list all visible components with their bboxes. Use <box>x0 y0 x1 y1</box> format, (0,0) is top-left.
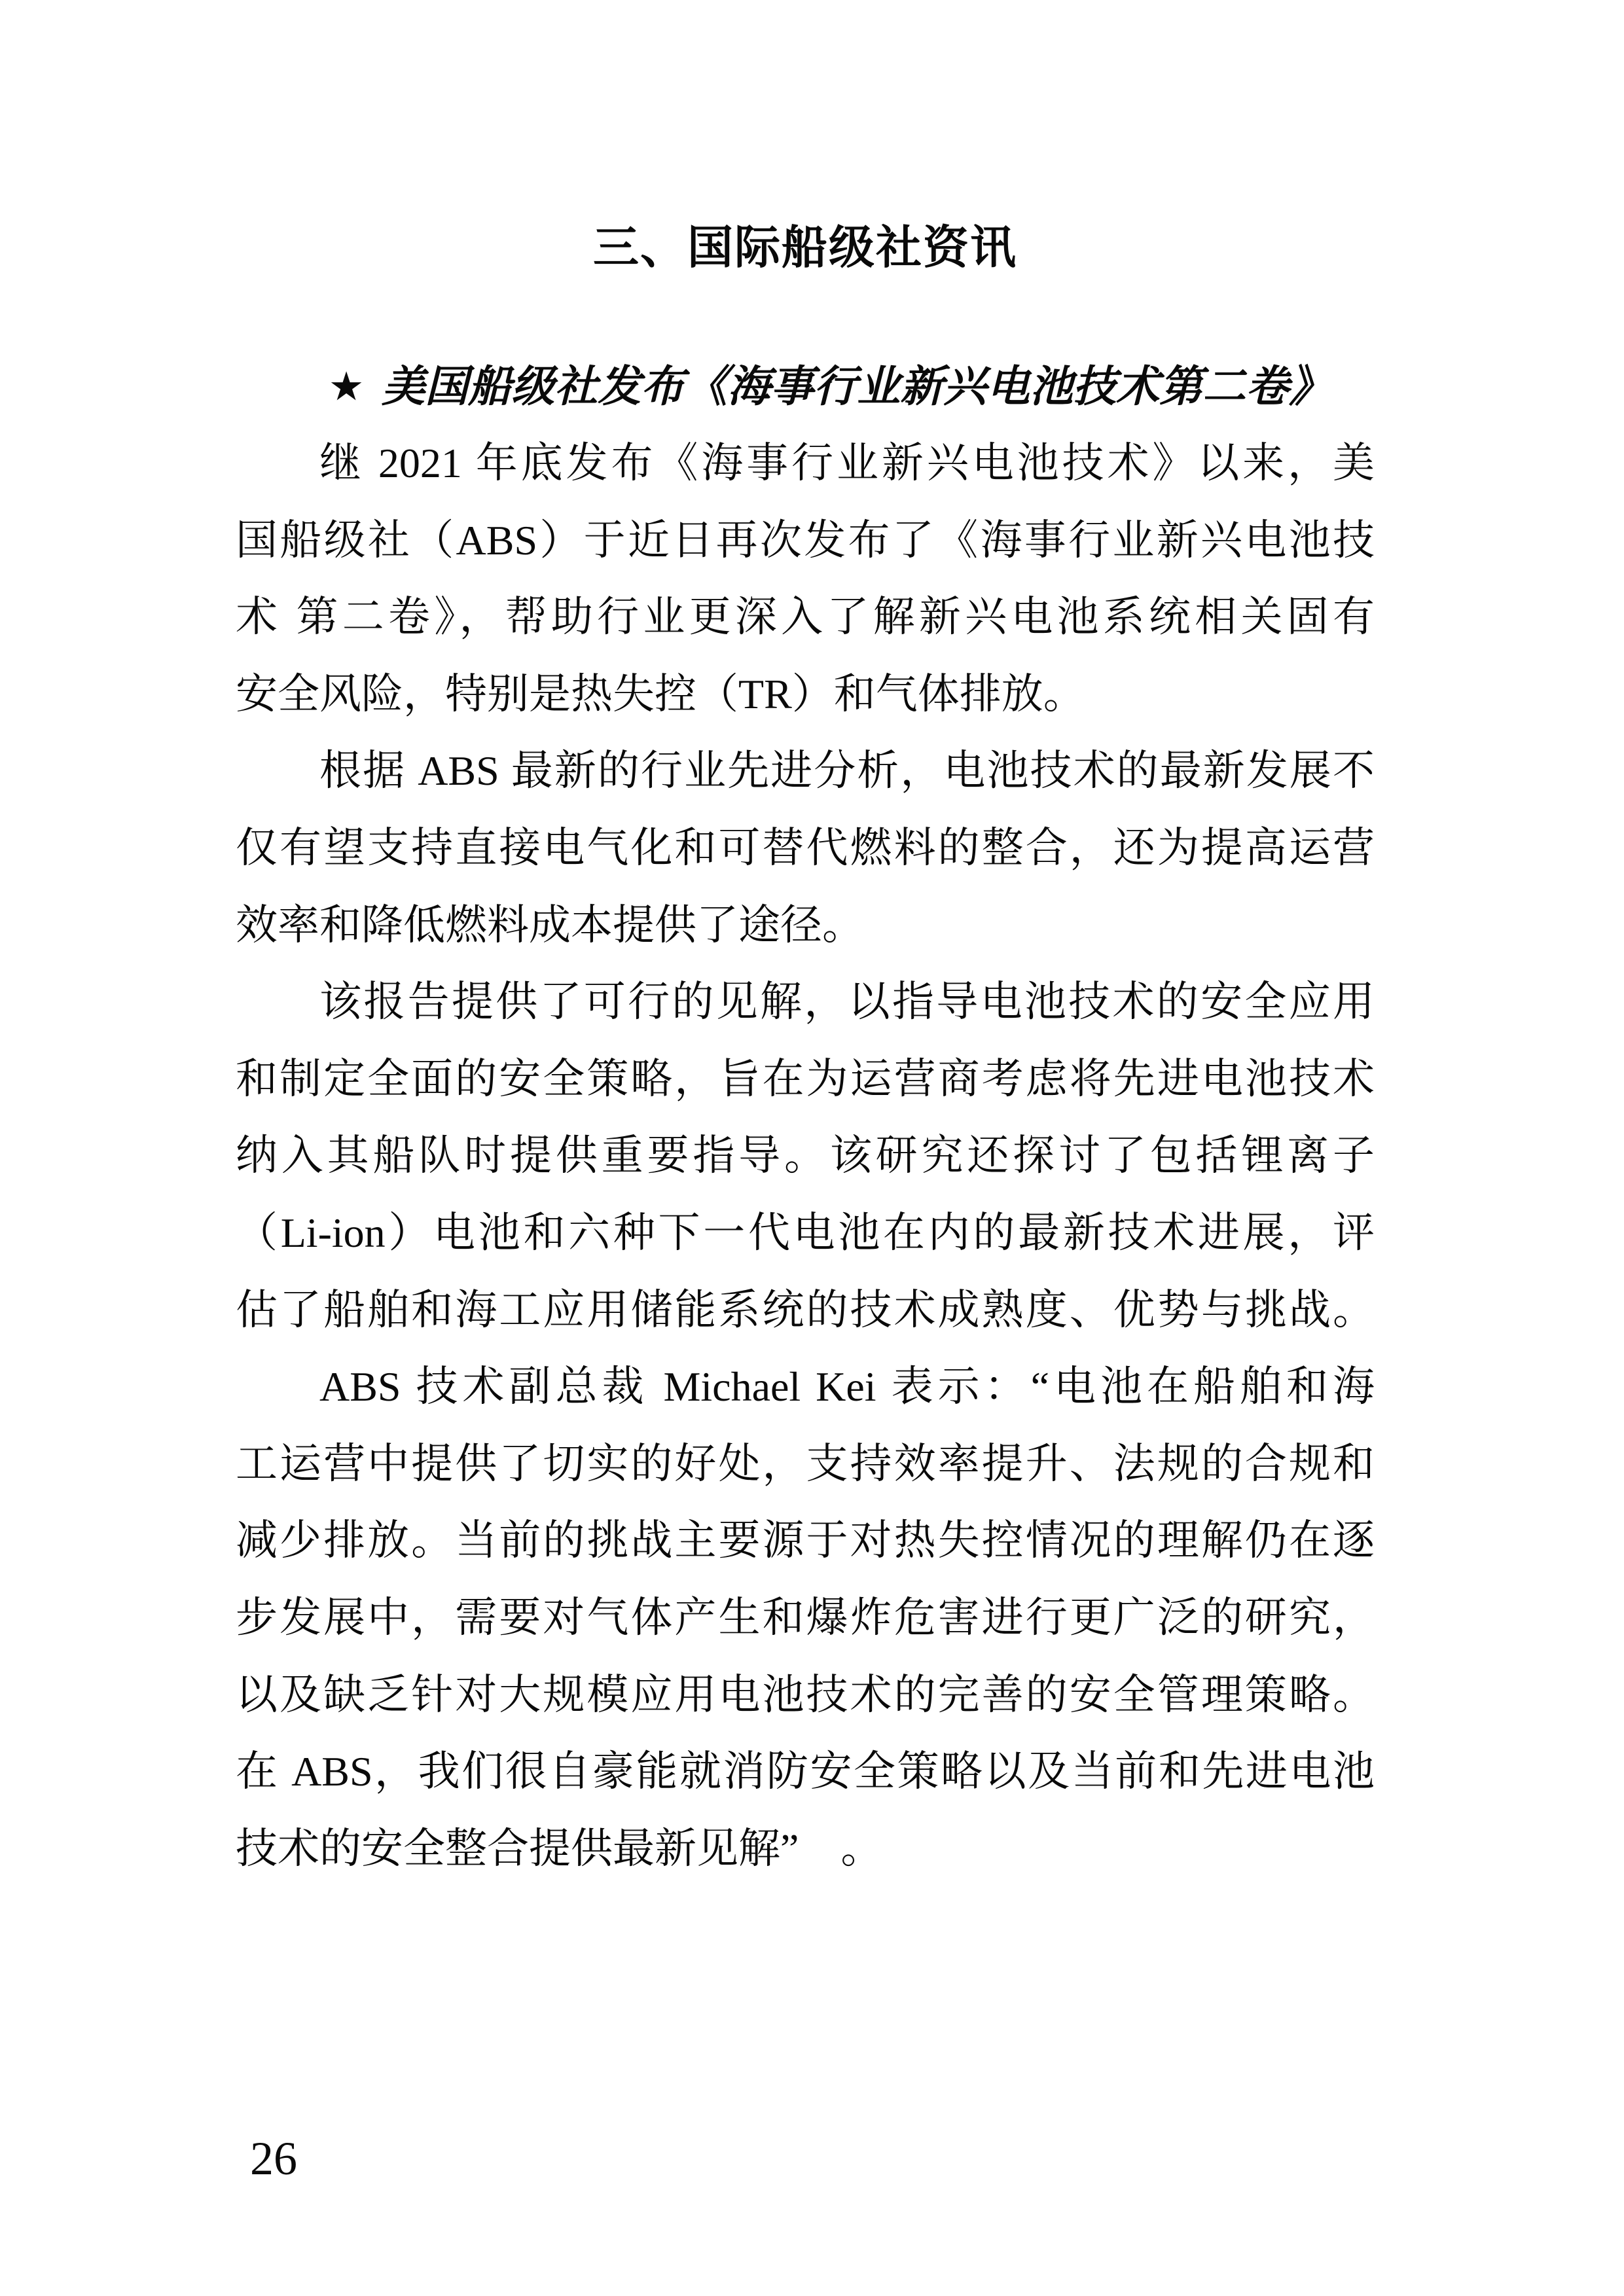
body-line: 和制定全面的安全策略，旨在为运营商考虑将先进电池技术 <box>236 1041 1375 1118</box>
body-line: 安全风险，特别是热失控（TR）和气体排放。 <box>236 656 1375 733</box>
body-line: ABS 技术副总裁 Michael Kei 表示：“电池在船舶和海 <box>236 1348 1375 1426</box>
article-headline-row: ★美国船级社发布《海事行业新兴电池技术第二卷》 <box>288 356 1375 421</box>
body-line: 继 2021 年底发布《海事行业新兴电池技术》以来，美 <box>236 425 1375 502</box>
body-line: 以及缺乏针对大规模应用电池技术的完善的安全管理策略。 <box>236 1657 1375 1734</box>
page-number: 26 <box>250 2132 297 2185</box>
body-line: 效率和降低燃料成本提供了途径。 <box>236 887 1375 964</box>
body-line: 国船级社（ABS）于近日再次发布了《海事行业新兴电池技 <box>236 502 1375 579</box>
star-icon: ★ <box>331 367 363 406</box>
body-line: 纳入其船队时提供重要指导。该研究还探讨了包括锂离子 <box>236 1117 1375 1194</box>
body-line: 该报告提供了可行的见解，以指导电池技术的安全应用 <box>236 963 1375 1041</box>
article-headline: 美国船级社发布《海事行业新兴电池技术第二卷》 <box>382 363 1332 411</box>
body-line: 在 ABS，我们很自豪能就消防安全策略以及当前和先进电池 <box>236 1733 1375 1810</box>
body-line: 技术的安全整合提供最新见解” 。 <box>236 1810 1375 1888</box>
body-line: 工运营中提供了切实的好处，支持效率提升、法规的合规和 <box>236 1426 1375 1503</box>
body-line: 仅有望支持直接电气化和可替代燃料的整合，还为提高运营 <box>236 810 1375 887</box>
body-line: 术 第二卷》，帮助行业更深入了解新兴电池系统相关固有 <box>236 579 1375 656</box>
page-content: 三、国际船级社资讯 ★美国船级社发布《海事行业新兴电池技术第二卷》 继 2021… <box>236 216 1375 1887</box>
body-line: （Li-ion）电池和六种下一代电池在内的最新技术进展，评 <box>236 1194 1375 1272</box>
body-line: 减少排放。当前的挑战主要源于对热失控情况的理解仍在逐 <box>236 1502 1375 1579</box>
body-line: 根据 ABS 最新的行业先进分析，电池技术的最新发展不 <box>236 732 1375 810</box>
document-page: 三、国际船级社资讯 ★美国船级社发布《海事行业新兴电池技术第二卷》 继 2021… <box>0 0 1624 2296</box>
body-line: 估了船舶和海工应用储能系统的技术成熟度、优势与挑战。 <box>236 1272 1375 1349</box>
body-line: 步发展中，需要对气体产生和爆炸危害进行更广泛的研究， <box>236 1579 1375 1657</box>
article-body: 继 2021 年底发布《海事行业新兴电池技术》以来，美国船级社（ABS）于近日再… <box>236 425 1375 1887</box>
section-title: 三、国际船级社资讯 <box>236 216 1375 279</box>
